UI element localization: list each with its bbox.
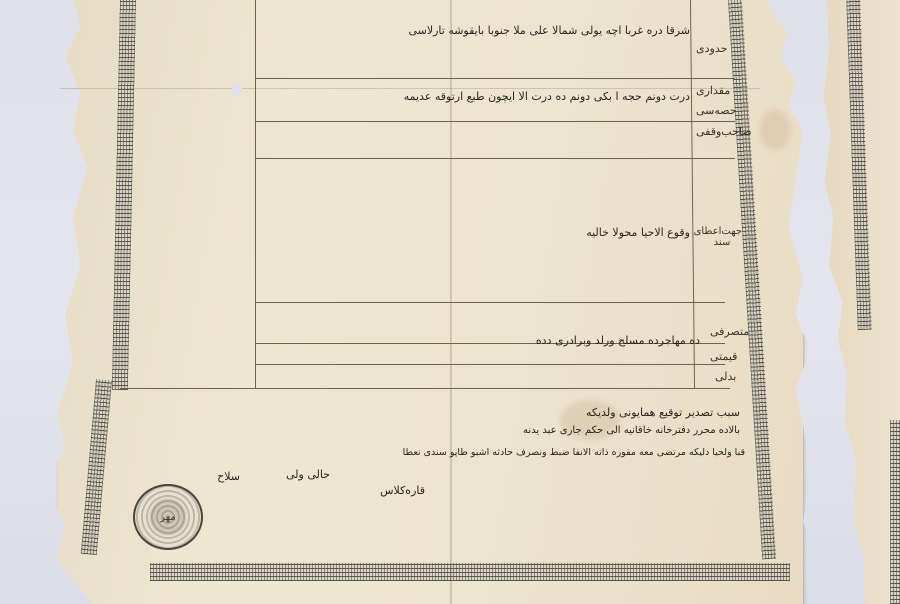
form-row-rule [255,158,735,159]
ornamental-border-icon [890,420,900,604]
label-grant: جهت‌اعطای سند [702,226,742,248]
label-value: قیمتی [710,350,737,363]
form-row-rule [255,302,725,303]
form-row-rule [255,121,735,122]
seal-text: مهر [160,512,175,523]
signature-3: قاره‌کلاس [335,484,425,497]
label-boundaries: حدودی [696,42,727,55]
paper-crease [60,88,760,89]
adjacent-document-fragment [820,0,900,604]
label-share: حصه‌سی [696,104,737,117]
paper-stain [760,110,790,150]
label-disposal: متصرفی [710,325,749,338]
ornamental-border-icon [846,0,872,330]
label-owner: صاحب‌وقفی [696,125,752,138]
signature-2: سلاح [200,470,240,483]
label-quantity: مقداری [696,84,730,97]
footer-line-1: سبب تصدیر توقیع همایونی ولدیکه [560,406,740,419]
boundaries-handwriting: شرقا دره غربا اچه یولی شمالا علی ملا جنو… [360,24,690,37]
label-fee: بدلی [715,370,736,383]
form-row-rule [255,78,735,79]
paper-hole [232,82,242,96]
footer-line-2: بالاده محرر دفترخانه خاقانیه الی حکم جار… [250,425,740,436]
footer-line-3: قبا ولحیا دلیکه مرتضی معه مقوره ذاته الا… [115,447,745,458]
signature-1: حالی ولی [240,468,330,481]
form-vertical-rule [255,0,256,388]
grant-handwriting: وقوع الاحیا محولا خالیه [540,226,690,239]
disposal-handwriting: ده مهاجرده مسلح ورلد وبرادری دده [360,334,700,347]
quantity-handwriting: درت دونم حجه ا بکی دونم ده درت الا ایچون… [330,90,690,103]
seal-stamp-icon: مهر [133,484,203,550]
bottom-ornamental-border-icon [150,563,790,581]
form-horizontal-rule [120,388,730,389]
form-row-rule [255,364,725,365]
